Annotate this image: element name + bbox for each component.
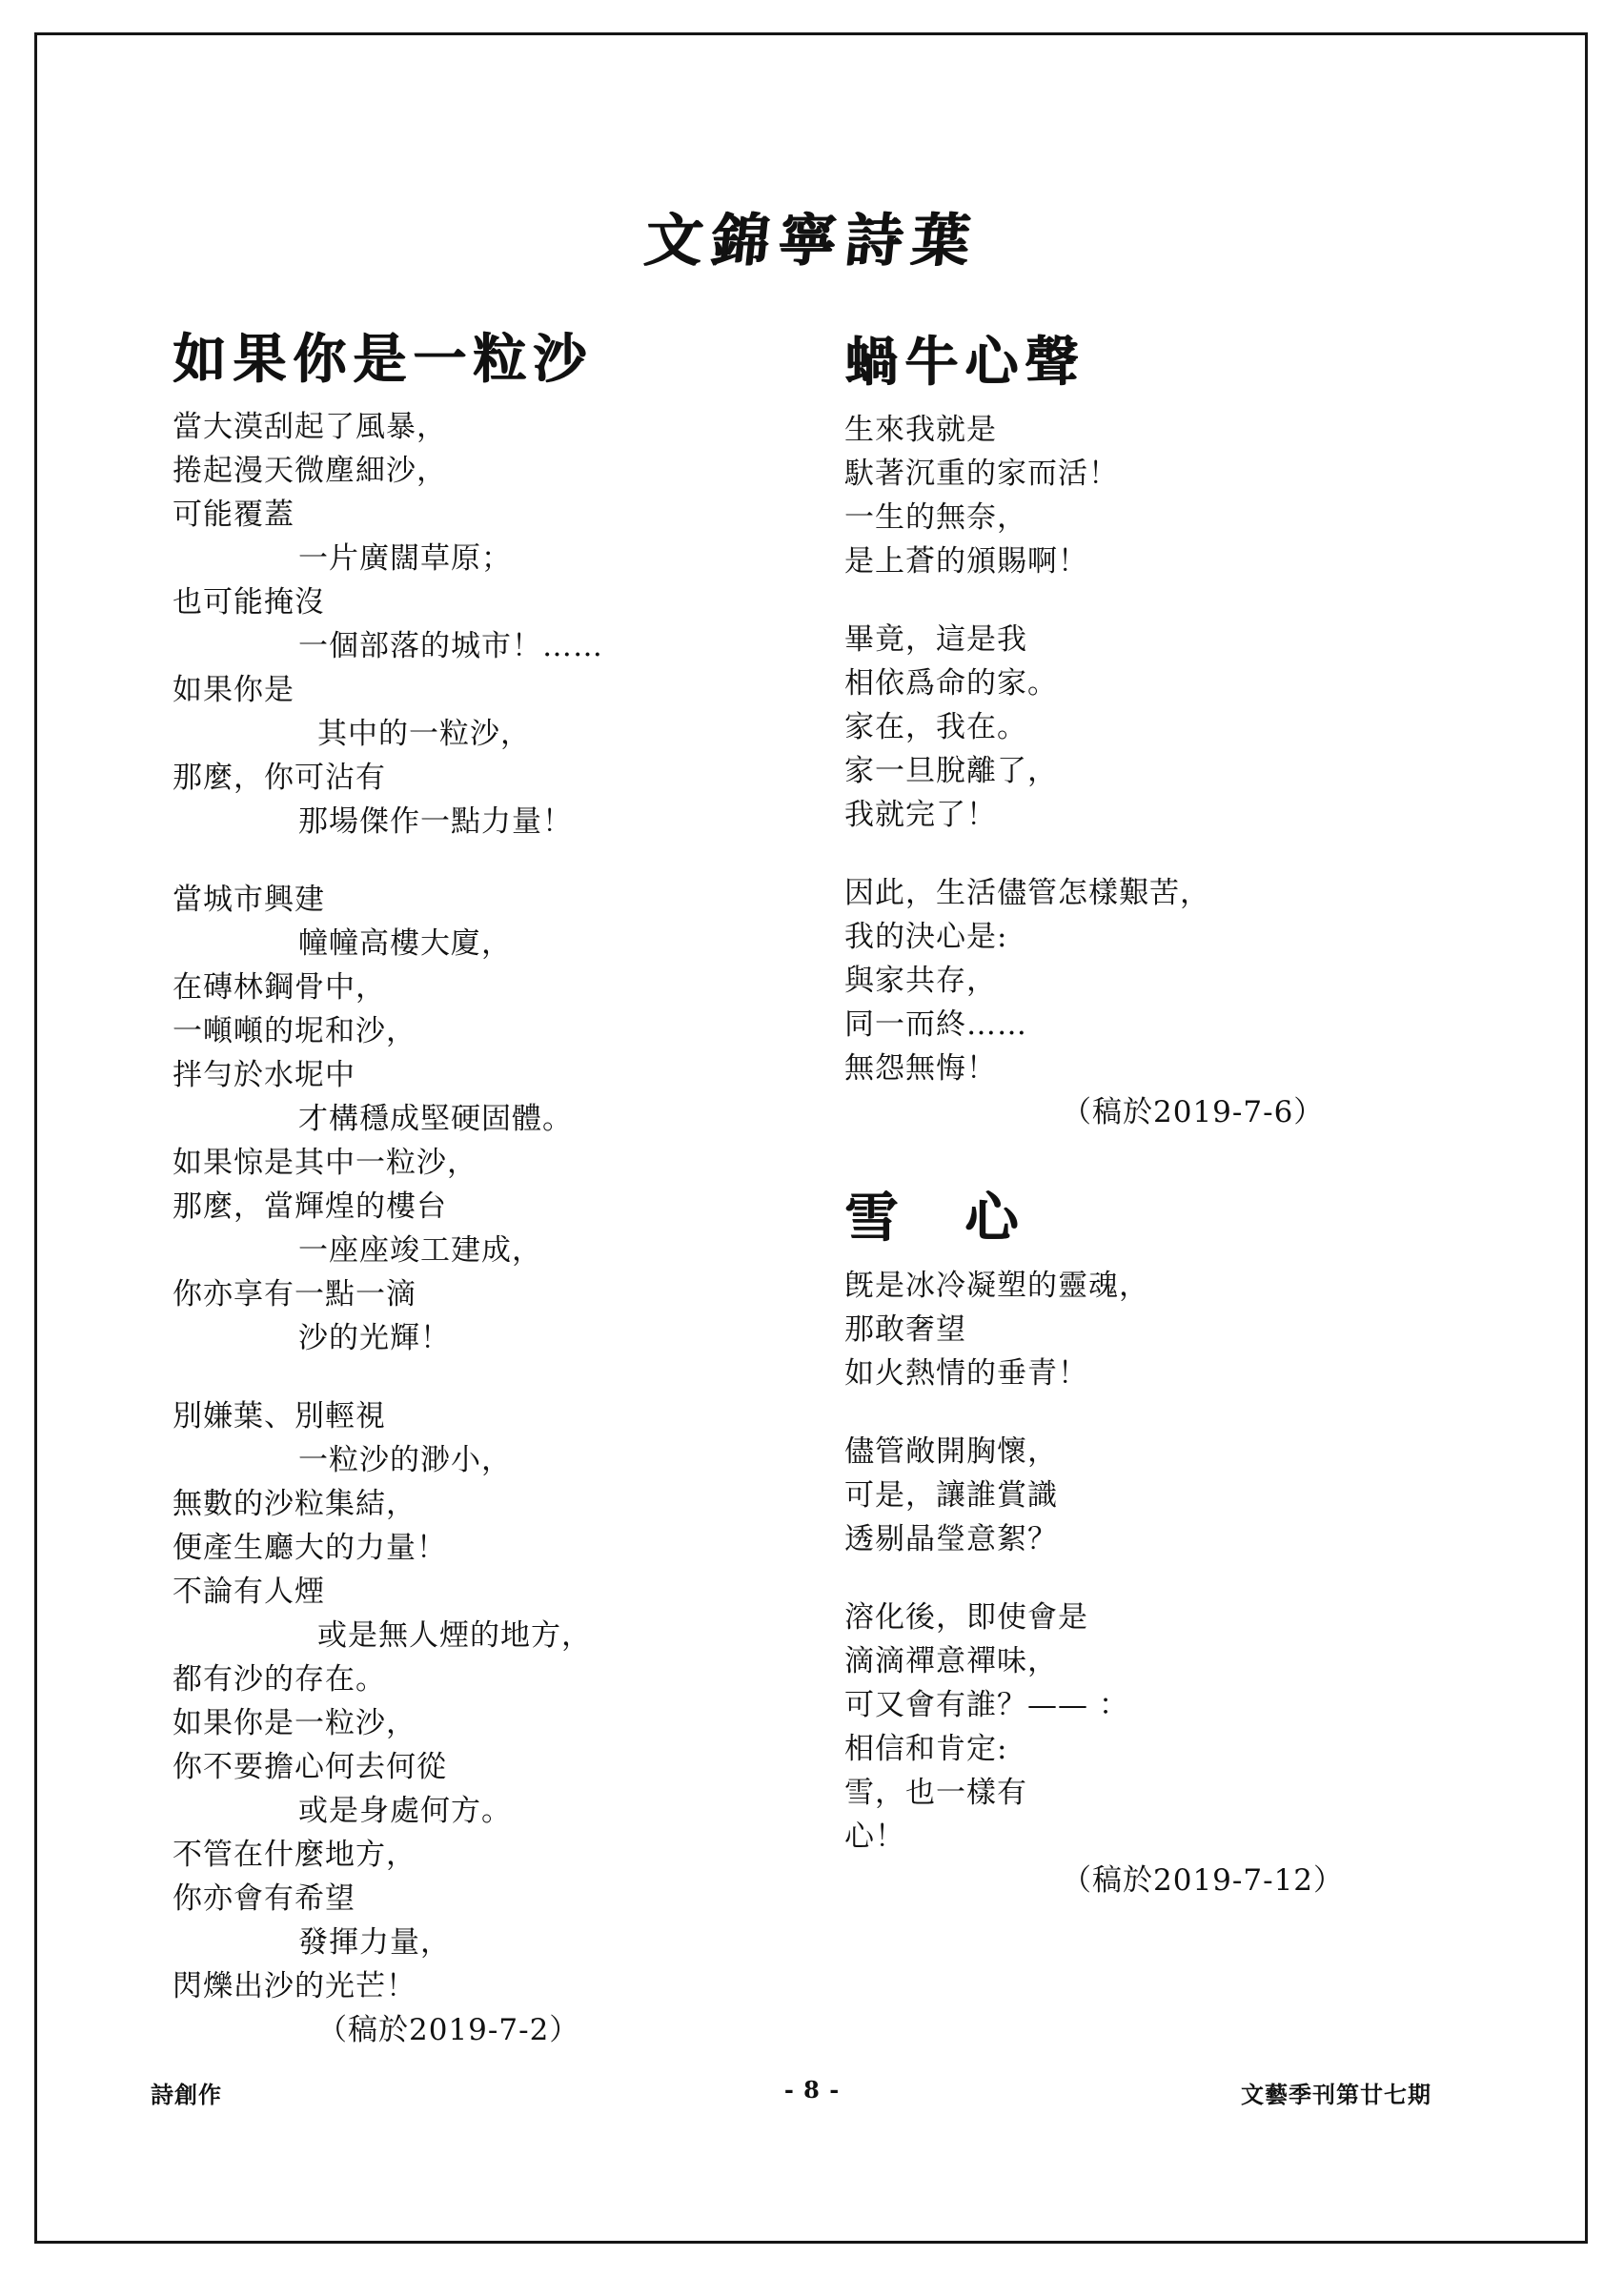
poem-line: 一生的無奈， — [844, 496, 1492, 539]
poem-line: 同一而終…… — [844, 1003, 1492, 1047]
footer-page-number: - 8 - — [724, 2076, 900, 2104]
magazine-page: 文錦寧詩葉 如果你是一粒沙 當大漠刮起了風暴，捲起漫天微塵細沙，可能覆蓋一片廣闊… — [0, 0, 1624, 2277]
poem-line: 如果惊是其中一粒沙， — [173, 1141, 782, 1185]
poem-line: 沙的光輝！ — [298, 1316, 782, 1360]
poem-date-line: （稿於2019-7-6） — [1062, 1090, 1492, 1134]
poem-line: 都有沙的存在。 — [173, 1657, 782, 1701]
poem-lines: 當大漠刮起了風暴，捲起漫天微塵細沙，可能覆蓋一片廣闊草原；也可能掩沒一個部落的城… — [173, 405, 782, 2052]
poem-line: 當大漠刮起了風暴， — [173, 405, 782, 449]
poem-line: 滴滴禪意禪味， — [844, 1639, 1492, 1683]
poem-line: 或是身處何方。 — [298, 1789, 782, 1833]
poem-line: 你不要擔心何去何從 — [173, 1745, 782, 1789]
poem-line: 一片廣闊草原； — [298, 537, 782, 580]
poem-title: 如果你是一粒沙 — [173, 329, 782, 390]
poem-line: 才構穩成堅硬固體。 — [298, 1097, 782, 1141]
poem-line: 馱著沉重的家而活！ — [844, 452, 1492, 496]
poem-date-line: （稿於2019-7-2） — [317, 2008, 782, 2052]
poem-line: 心！ — [844, 1815, 1492, 1859]
footer-journal-issue: 文藝季刊第廿七期 — [1241, 2076, 1431, 2109]
poem-line: 不管在什麼地方， — [173, 1833, 782, 1877]
poem-line: 無怨無悔！ — [844, 1047, 1492, 1090]
poem-line: 生來我就是 — [844, 408, 1492, 452]
poem-line: 溶化後，即使會是 — [844, 1596, 1492, 1639]
poem-line: 儘管敞開胸懷， — [844, 1430, 1492, 1474]
poem-line: 是上蒼的頒賜啊！ — [844, 539, 1492, 583]
poem-if-you-were-a-grain-of-sand: 如果你是一粒沙 當大漠刮起了風暴，捲起漫天微塵細沙，可能覆蓋一片廣闊草原；也可能… — [173, 329, 782, 2052]
poem-line: 在磚林鋼骨中， — [173, 966, 782, 1009]
poem-line: 我就完了！ — [844, 793, 1492, 837]
poem-line: 捲起漫天微塵細沙， — [173, 449, 782, 493]
poem-line: 其中的一粒沙， — [317, 712, 782, 756]
stanza-gap — [844, 583, 1492, 618]
poem-line: 家一旦脫離了， — [844, 749, 1492, 793]
poem-line: 相依爲命的家。 — [844, 661, 1492, 705]
poem-line: 不論有人煙 — [173, 1570, 782, 1614]
poem-line: 透剔晶瑩意絮？ — [844, 1517, 1492, 1561]
stanza-gap — [844, 1395, 1492, 1430]
poem-line: 因此，生活儘管怎樣艱苦， — [844, 871, 1492, 915]
poem-line: 便產生廳大的力量！ — [173, 1526, 782, 1570]
right-column: 蝸牛心聲 生來我就是馱著沉重的家而活！一生的無奈，是上蒼的頒賜啊！畢竟，這是我相… — [844, 332, 1492, 1902]
poem-line: 那麼，你可沾有 — [173, 756, 782, 800]
poem-line: 也可能掩沒 — [173, 580, 782, 624]
poem-line: 可是，讓誰賞識 — [844, 1474, 1492, 1517]
poem-line: 拌勻於水坭中 — [173, 1053, 782, 1097]
poem-line: 當城市興建 — [173, 878, 782, 922]
poem-line: 發揮力量， — [298, 1921, 782, 1964]
poem-line: 那敢奢望 — [844, 1308, 1492, 1352]
poem-line: 家在，我在。 — [844, 705, 1492, 749]
poem-line: 相信和肯定: — [844, 1727, 1492, 1771]
poem-line: 與家共存， — [844, 959, 1492, 1003]
page-title: 文錦寧詩葉 — [0, 195, 1624, 277]
poem-date-line: （稿於2019-7-12） — [1062, 1859, 1492, 1902]
poem-line: 如火熱情的垂青！ — [844, 1352, 1492, 1395]
poem-line: 別嫌葉、別輕視 — [173, 1394, 782, 1438]
poem-line: 如果你是 — [173, 668, 782, 712]
poem-line: 那場傑作一點力量！ — [298, 800, 782, 844]
poem-line: 閃爍出沙的光芒！ — [173, 1964, 782, 2008]
poem-title: 雪 心 — [844, 1188, 1492, 1249]
poem-line: 如果你是一粒沙， — [173, 1701, 782, 1745]
poem-lines: 旣是冰冷凝塑的靈魂，那敢奢望如火熱情的垂青！儘管敞開胸懷，可是，讓誰賞識透剔晶瑩… — [844, 1264, 1492, 1902]
poem-line: 我的決心是: — [844, 915, 1492, 959]
poem-line: 你亦享有一點一滴 — [173, 1272, 782, 1316]
poem-line: 或是無人煙的地方， — [317, 1614, 782, 1657]
poem-line: 一粒沙的渺小， — [298, 1438, 782, 1482]
poem-line: 旣是冰冷凝塑的靈魂， — [844, 1264, 1492, 1308]
stanza-gap — [173, 844, 782, 878]
poem-line: 畢竟，這是我 — [844, 618, 1492, 661]
stanza-gap — [844, 837, 1492, 871]
poem-line: 那麼，當輝煌的樓台 — [173, 1185, 782, 1229]
poem-line: 一噸噸的坭和沙， — [173, 1009, 782, 1053]
poem-line: 你亦會有希望 — [173, 1877, 782, 1921]
poem-line: 幢幢高樓大廈， — [298, 922, 782, 966]
stanza-gap — [844, 1561, 1492, 1596]
poem-snow-heart: 雪 心 旣是冰冷凝塑的靈魂，那敢奢望如火熱情的垂青！儘管敞開胸懷，可是，讓誰賞識… — [844, 1188, 1492, 1902]
left-column: 如果你是一粒沙 當大漠刮起了風暴，捲起漫天微塵細沙，可能覆蓋一片廣闊草原；也可能… — [173, 329, 782, 2052]
poem-lines: 生來我就是馱著沉重的家而活！一生的無奈，是上蒼的頒賜啊！畢竟，這是我相依爲命的家… — [844, 408, 1492, 1134]
poem-line: 雪，也一樣有 — [844, 1771, 1492, 1815]
poem-line: 一座座竣工建成， — [298, 1229, 782, 1272]
poem-line: 一個部落的城市！…… — [298, 624, 782, 668]
footer-section-label: 詩創作 — [151, 2076, 222, 2109]
poem-snail-heart-voice: 蝸牛心聲 生來我就是馱著沉重的家而活！一生的無奈，是上蒼的頒賜啊！畢竟，這是我相… — [844, 332, 1492, 1134]
stanza-gap — [173, 1360, 782, 1394]
poem-title: 蝸牛心聲 — [844, 332, 1492, 393]
poem-line: 無數的沙粒集結， — [173, 1482, 782, 1526]
poem-line: 可能覆蓋 — [173, 493, 782, 537]
poem-line: 可又會有誰？—— ： — [844, 1683, 1492, 1727]
